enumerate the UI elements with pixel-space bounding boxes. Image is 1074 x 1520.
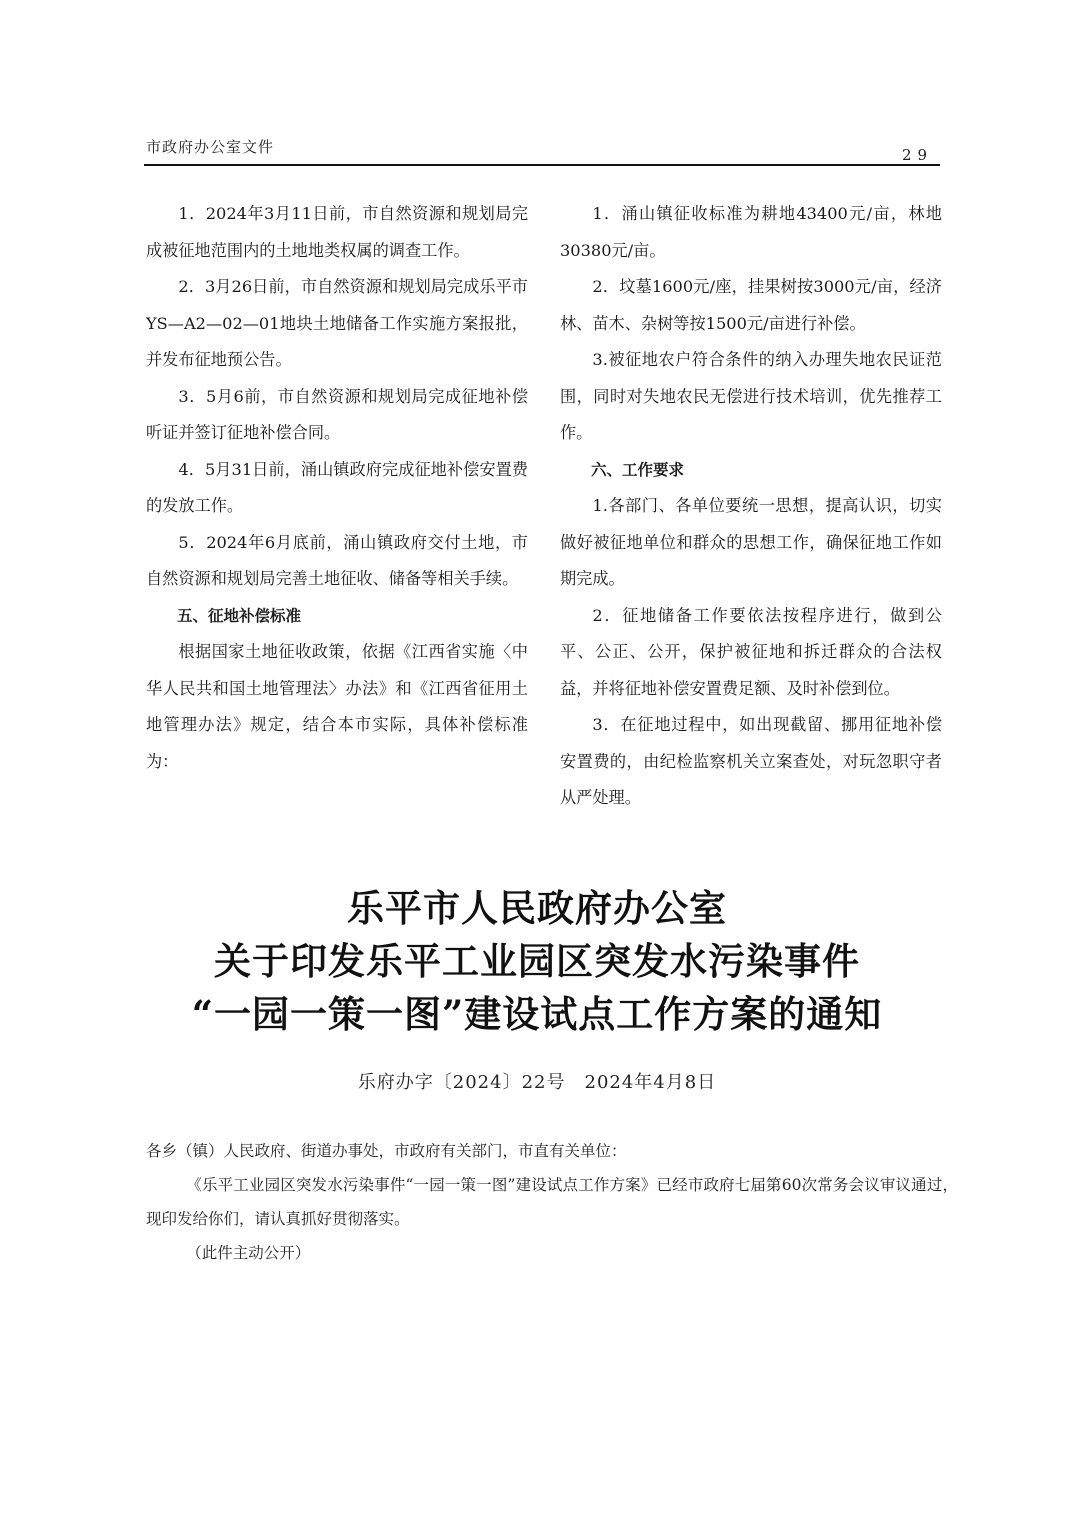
left-column: 1．2024年3月11日前，市自然资源和规划局完成被征地范围内的土地地类权属的调… [146, 196, 528, 780]
right-column: 1．涌山镇征收标准为耕地43400元/亩，林地30380元/亩。 2．坟墓160… [560, 196, 942, 817]
notice-text: 《乐平工业园区突发水污染事件“一园一策一图”建设试点工作方案》已经市政府七届第6… [146, 1168, 958, 1236]
paragraph: 5．2024年6月底前，涌山镇政府交付土地，市自然资源和规划局完善土地征收、储备… [146, 525, 528, 598]
paragraph: 4．5月31日前，涌山镇政府完成征地补偿安置费的发放工作。 [146, 452, 528, 525]
header-divider [144, 164, 940, 166]
notice-title: 乐平市人民政府办公室 关于印发乐平工业园区突发水污染事件 “一园一策一图”建设试… [0, 882, 1074, 1041]
paragraph: 3.被征地农户符合条件的纳入办理失地农民证范围，同时对失地农民无偿进行技术培训，… [560, 342, 942, 452]
paragraph: 3．5月6前，市自然资源和规划局完成征地补偿听证并签订征地补偿合同。 [146, 379, 528, 452]
addressees: 各乡（镇）人民政府、街道办事处，市政府有关部门，市直有关单位： [146, 1134, 958, 1168]
paragraph: 3．在征地过程中，如出现截留、挪用征地补偿安置费的，由纪检监察机关立案查处，对玩… [560, 707, 942, 817]
document-number: 乐府办字〔2024〕22号 2024年4月8日 [0, 1068, 1074, 1094]
disclosure-note: （此件主动公开） [146, 1236, 958, 1270]
section-heading: 五、征地补偿标准 [146, 598, 528, 635]
paragraph: 2．坟墓1600元/座，挂果树按3000元/亩，经济林、苗木、杂树等按1500元… [560, 269, 942, 342]
paragraph: 2．征地储备工作要依法按程序进行，做到公平、公正、公开，保护被征地和拆迁群众的合… [560, 598, 942, 708]
document-header-title: 市政府办公室文件 [146, 136, 274, 157]
notice-title-line: “一园一策一图”建设试点工作方案的通知 [0, 988, 1074, 1041]
page-number: 29 [902, 146, 933, 164]
notice-title-line: 乐平市人民政府办公室 [0, 882, 1074, 935]
notice-body: 各乡（镇）人民政府、街道办事处，市政府有关部门，市直有关单位： 《乐平工业园区突… [146, 1134, 958, 1270]
paragraph: 1．涌山镇征收标准为耕地43400元/亩，林地30380元/亩。 [560, 196, 942, 269]
paragraph: 1．2024年3月11日前，市自然资源和规划局完成被征地范围内的土地地类权属的调… [146, 196, 528, 269]
notice-title-line: 关于印发乐平工业园区突发水污染事件 [0, 935, 1074, 988]
paragraph: 2．3月26日前，市自然资源和规划局完成乐平市YS—A2—02—01地块土地储备… [146, 269, 528, 379]
paragraph: 根据国家土地征收政策，依据《江西省实施〈中华人民共和国土地管理法〉办法》和《江西… [146, 634, 528, 780]
paragraph: 1.各部门、各单位要统一思想，提高认识，切实做好被征地单位和群众的思想工作，确保… [560, 488, 942, 598]
section-heading: 六、工作要求 [560, 452, 942, 489]
